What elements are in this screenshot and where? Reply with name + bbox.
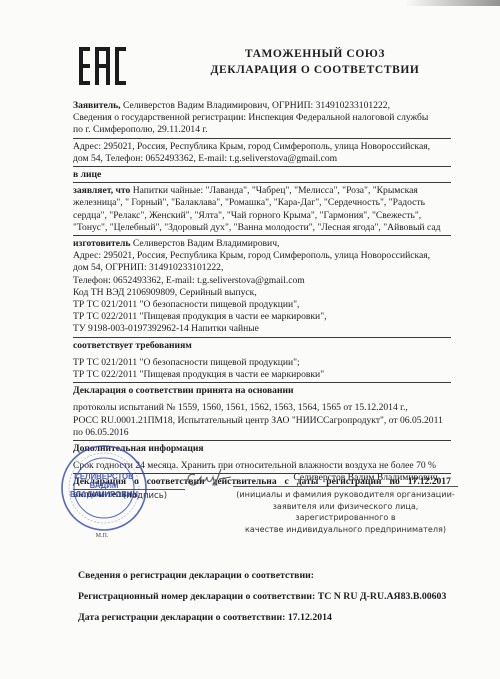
stamp-text: ВЛАДИМИРОВИЧ: [70, 490, 138, 499]
applicant-section: Заявитель, Селиверстов Вадим Владимирови…: [73, 100, 451, 139]
signer-caption: (инициалы и фамилия руководителя организ…: [228, 489, 463, 535]
basis-line: по 06.05.2016: [73, 427, 451, 439]
scan-edge-shadow: [405, 0, 500, 6]
registration-number: Регистрационный номер декларации о соотв…: [78, 591, 458, 602]
eac-logo-icon: [79, 47, 126, 85]
requirement-line: ТР ТС 022/2011 "Пищевая продукция в част…: [73, 369, 451, 381]
regulation-022: ТР ТС 022/2011 "Пищевая продукция в част…: [73, 311, 451, 323]
regulation-021: ТР ТС 021/2011 "О безопасности пищевой п…: [73, 299, 451, 311]
requirement-line: ТР ТС 021/2011 "О безопасности пищевой п…: [73, 357, 451, 369]
applicant-address: Адрес: 295021, Россия, Республика Крым, …: [73, 141, 451, 153]
basis-label: Декларация о соответствии принята на осн…: [73, 385, 451, 397]
requirements-label: соответствует требованиям: [73, 340, 451, 352]
signer-caption-line: (инициалы и фамилия руководителя организ…: [228, 489, 463, 501]
product-list-line: сердца", "Релакс", Женский", "Ялта", "Ча…: [73, 210, 451, 222]
product-list-line: железница", " Горный", "Балаклава", "Ром…: [73, 197, 451, 209]
declares-label: заявляет, что: [73, 185, 130, 196]
in-person-label: в лице: [73, 169, 451, 181]
registration-heading: Сведения о регистрации декларации о соот…: [78, 570, 458, 581]
basis-section: протоколы испытаний № 1559, 1560, 1561, …: [73, 402, 451, 441]
basis-heading: Декларация о соответствии принята на осн…: [73, 385, 451, 398]
applicant-registration-date: по г. Симферополю, 29.11.2014 г.: [73, 124, 451, 136]
technical-spec: ТУ 9198-003-0197392962-14 Напитки чайные: [73, 323, 451, 335]
signer-name: Селиверстов Вадим Владимирович: [263, 472, 468, 483]
applicant-label: Заявитель,: [73, 100, 121, 111]
manufacturer-contacts: Телефон: 0652493362, E-mail: t.g.seliver…: [73, 275, 451, 287]
manufacturer-name: Селиверстов Вадим Владимирович,: [130, 238, 279, 249]
manufacturer-section: изготовитель Селиверстов Вадим Владимиро…: [73, 238, 451, 338]
signer-caption-line: заявителя или физического лица, зарегист…: [228, 501, 463, 524]
registration-info: Сведения о регистрации декларации о соот…: [78, 570, 458, 633]
in-person-section: в лице: [73, 169, 451, 183]
applicant-address-section: Адрес: 295021, Россия, Республика Крым, …: [73, 141, 451, 167]
product-list-line: Напитки чайные: "Лаванда", "Чабрец", "Ме…: [130, 185, 418, 196]
basis-line: РОСС RU.0001.21ПМ18, Испытательный центр…: [73, 415, 451, 427]
registration-date: Дата регистрации декларации о соответств…: [78, 612, 458, 623]
product-list-line: "Тонус", "Целебный", "Здоровый дух", "Ва…: [73, 222, 451, 234]
stamp-label: М.П.: [96, 533, 109, 539]
product-code: Код ТН ВЭД 2106909809, Серийный выпуск,: [73, 287, 451, 299]
title-line-customs-union: ТАМОЖЕННЫЙ СОЮЗ: [185, 46, 445, 62]
requirements-heading: соответствует требованиям: [73, 340, 451, 353]
stamp-text: СЕЛИВЕРСТОВ: [74, 472, 134, 481]
declaration-page: ТАМОЖЕННЫЙ СОЮЗ ДЕКЛАРАЦИЯ О СООТВЕТСТВИ…: [0, 0, 500, 679]
manufacturer-ogrnip: дом 54, ОГРНИП: 314910233101222,: [73, 262, 451, 274]
name-line: [233, 486, 458, 487]
declares-section: заявляет, что Напитки чайные: "Лаванда",…: [73, 185, 451, 236]
stamp-text: ВАДИМ: [90, 481, 119, 490]
basis-line: протоколы испытаний № 1559, 1560, 1561, …: [73, 402, 451, 414]
applicant-registration: Сведения о государственной регистрации: …: [73, 112, 451, 124]
manufacturer-address: Адрес: 295021, Россия, Республика Крым, …: [73, 250, 451, 262]
applicant-contacts: дом 54, Телефон: 0652493362, E-mail: t.g…: [73, 153, 451, 165]
requirements-section: ТР ТС 021/2011 "О безопасности пищевой п…: [73, 357, 451, 383]
document-title: ТАМОЖЕННЫЙ СОЮЗ ДЕКЛАРАЦИЯ О СООТВЕТСТВИ…: [185, 46, 445, 78]
signer-caption-line: качестве индивидуального предпринимателя…: [228, 524, 463, 536]
official-stamp-icon: СЕЛИВЕРСТОВ ВАДИМ ВЛАДИМИРОВИЧ М.П.: [54, 440, 149, 540]
manufacturer-label: изготовитель: [73, 238, 130, 249]
title-line-declaration: ДЕКЛАРАЦИЯ О СООТВЕТСТВИИ: [185, 62, 445, 78]
applicant-name: Селиверстов Вадим Владимирович, ОГРНИП: …: [121, 100, 390, 111]
